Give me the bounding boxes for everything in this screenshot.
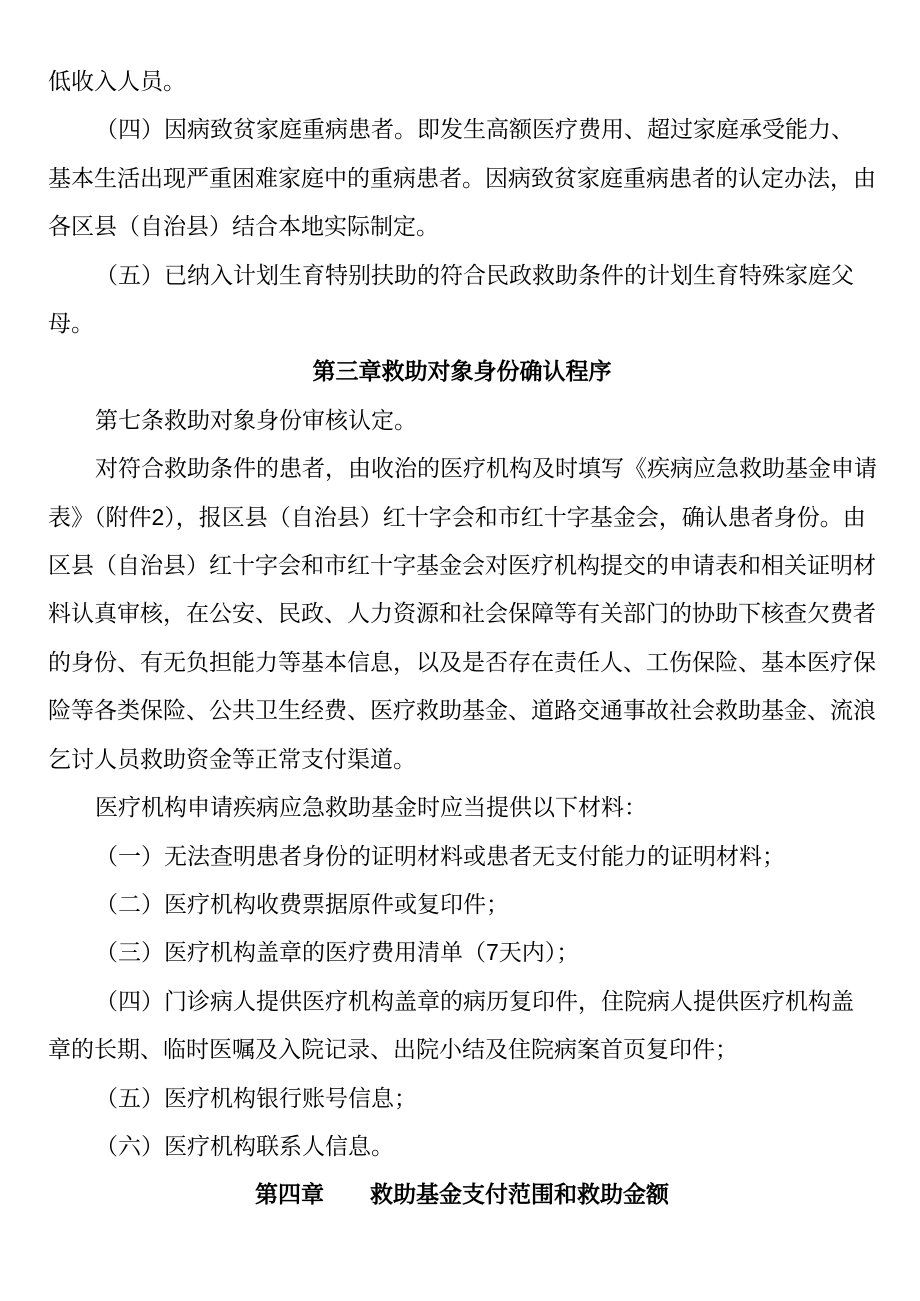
doc-line-16: 医疗机构申请疾病应急救助基金时应当提供以下材料： bbox=[48, 783, 876, 831]
doc-line-21: 章的长期、临时医嘱及入院记录、出院小结及住院病案首页复印件； bbox=[48, 1025, 876, 1073]
doc-line-3: 基本生活出现严重困难家庭中的重病患者。因病致贫家庭重病患者的认定办法，由 bbox=[48, 154, 876, 202]
doc-line-2: （四）因病致贫家庭重病患者。即发生高额医疗费用、超过家庭承受能力、 bbox=[48, 105, 876, 153]
doc-line-8: 第七条救助对象身份审核认定。 bbox=[48, 396, 876, 444]
doc-line-5: （五）已纳入计划生育特别扶助的符合民政救助条件的计划生育特殊家庭父 bbox=[48, 251, 876, 299]
doc-line-9: 对符合救助条件的患者，由收治的医疗机构及时填写《疾病应急救助基金申请 bbox=[48, 444, 876, 492]
doc-line-17: （一）无法查明患者身份的证明材料或患者无支付能力的证明材料； bbox=[48, 832, 876, 880]
doc-line-10: 表》（附件2），报区县（自治县）红十字会和市红十字基金会，确认患者身份。由 bbox=[48, 493, 876, 541]
doc-line-22: （五）医疗机构银行账号信息； bbox=[48, 1074, 876, 1122]
doc-line-15: 乞讨人员救助资金等正常支付渠道。 bbox=[48, 735, 876, 783]
doc-line-11: 区县（自治县）红十字会和市红十字基金会对医疗机构提交的申请表和相关证明材 bbox=[48, 541, 876, 589]
chapter-3-heading: 第三章救助对象身份确认程序 bbox=[48, 347, 876, 395]
doc-line-13: 的身份、有无负担能力等基本信息，以及是否存在责任人、工伤保险、基本医疗保 bbox=[48, 638, 876, 686]
doc-line-23: （六）医疗机构联系人信息。 bbox=[48, 1122, 876, 1170]
doc-line-18: （二）医疗机构收费票据原件或复印件； bbox=[48, 880, 876, 928]
chapter-4-heading: 第四章 救助基金支付范围和救助金额 bbox=[48, 1170, 876, 1218]
doc-line-19: （三）医疗机构盖章的医疗费用清单（7天内）； bbox=[48, 928, 876, 976]
doc-line-4: 各区县（自治县）结合本地实际制定。 bbox=[48, 202, 876, 250]
doc-line-12: 料认真审核，在公安、民政、人力资源和社会保障等有关部门的协助下核查欠费者 bbox=[48, 589, 876, 637]
document-page: 低收入人员。 （四）因病致贫家庭重病患者。即发生高额医疗费用、超过家庭承受能力、… bbox=[0, 0, 920, 1301]
doc-line-20: （四）门诊病人提供医疗机构盖章的病历复印件，住院病人提供医疗机构盖 bbox=[48, 977, 876, 1025]
doc-line-6: 母。 bbox=[48, 299, 876, 347]
doc-line-1: 低收入人员。 bbox=[48, 57, 876, 105]
doc-line-14: 险等各类保险、公共卫生经费、医疗救助基金、道路交通事故社会救助基金、流浪 bbox=[48, 686, 876, 734]
